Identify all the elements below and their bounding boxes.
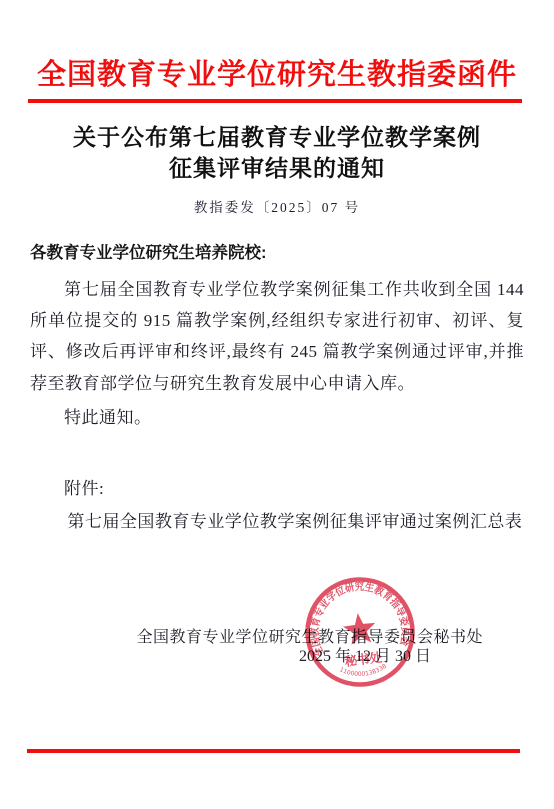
attachment-item: 第七届全国教育专业学位教学案例征集评审通过案例汇总表 [30,506,524,537]
footer-divider-line [27,749,520,753]
letterhead-divider-line [28,99,522,103]
document-number: 教指委发〔2025〕07 号 [0,196,554,216]
notice-title-line1: 关于公布第七届教育专业学位教学案例 [0,122,554,153]
red-letterhead-banner: 全国教育专业学位研究生教指委函件 [0,52,554,93]
seal-star-icon [342,611,378,645]
seal-center-label: 秘书处 [344,650,384,670]
salutation-line: 各教育专业学位研究生培养院校: [30,239,524,263]
closing-line: 特此通知。 [30,402,524,433]
notice-title: 关于公布第七届教育专业学位教学案例 征集评审结果的通知 [0,122,554,184]
body-paragraph: 第七届全国教育专业学位教学案例征集工作共收到全国 144 所单位提交的 915 … [30,274,524,399]
attachment-label: 附件: [30,473,524,504]
notice-title-line2: 征集评审结果的通知 [0,153,554,184]
official-red-seal: 全国教育专业学位研究生教育指导委员会 秘书处 1100000138338 [304,576,416,688]
official-notice-page: 全国教育专业学位研究生教指委函件 关于公布第七届教育专业学位教学案例 征集评审结… [0,0,554,809]
